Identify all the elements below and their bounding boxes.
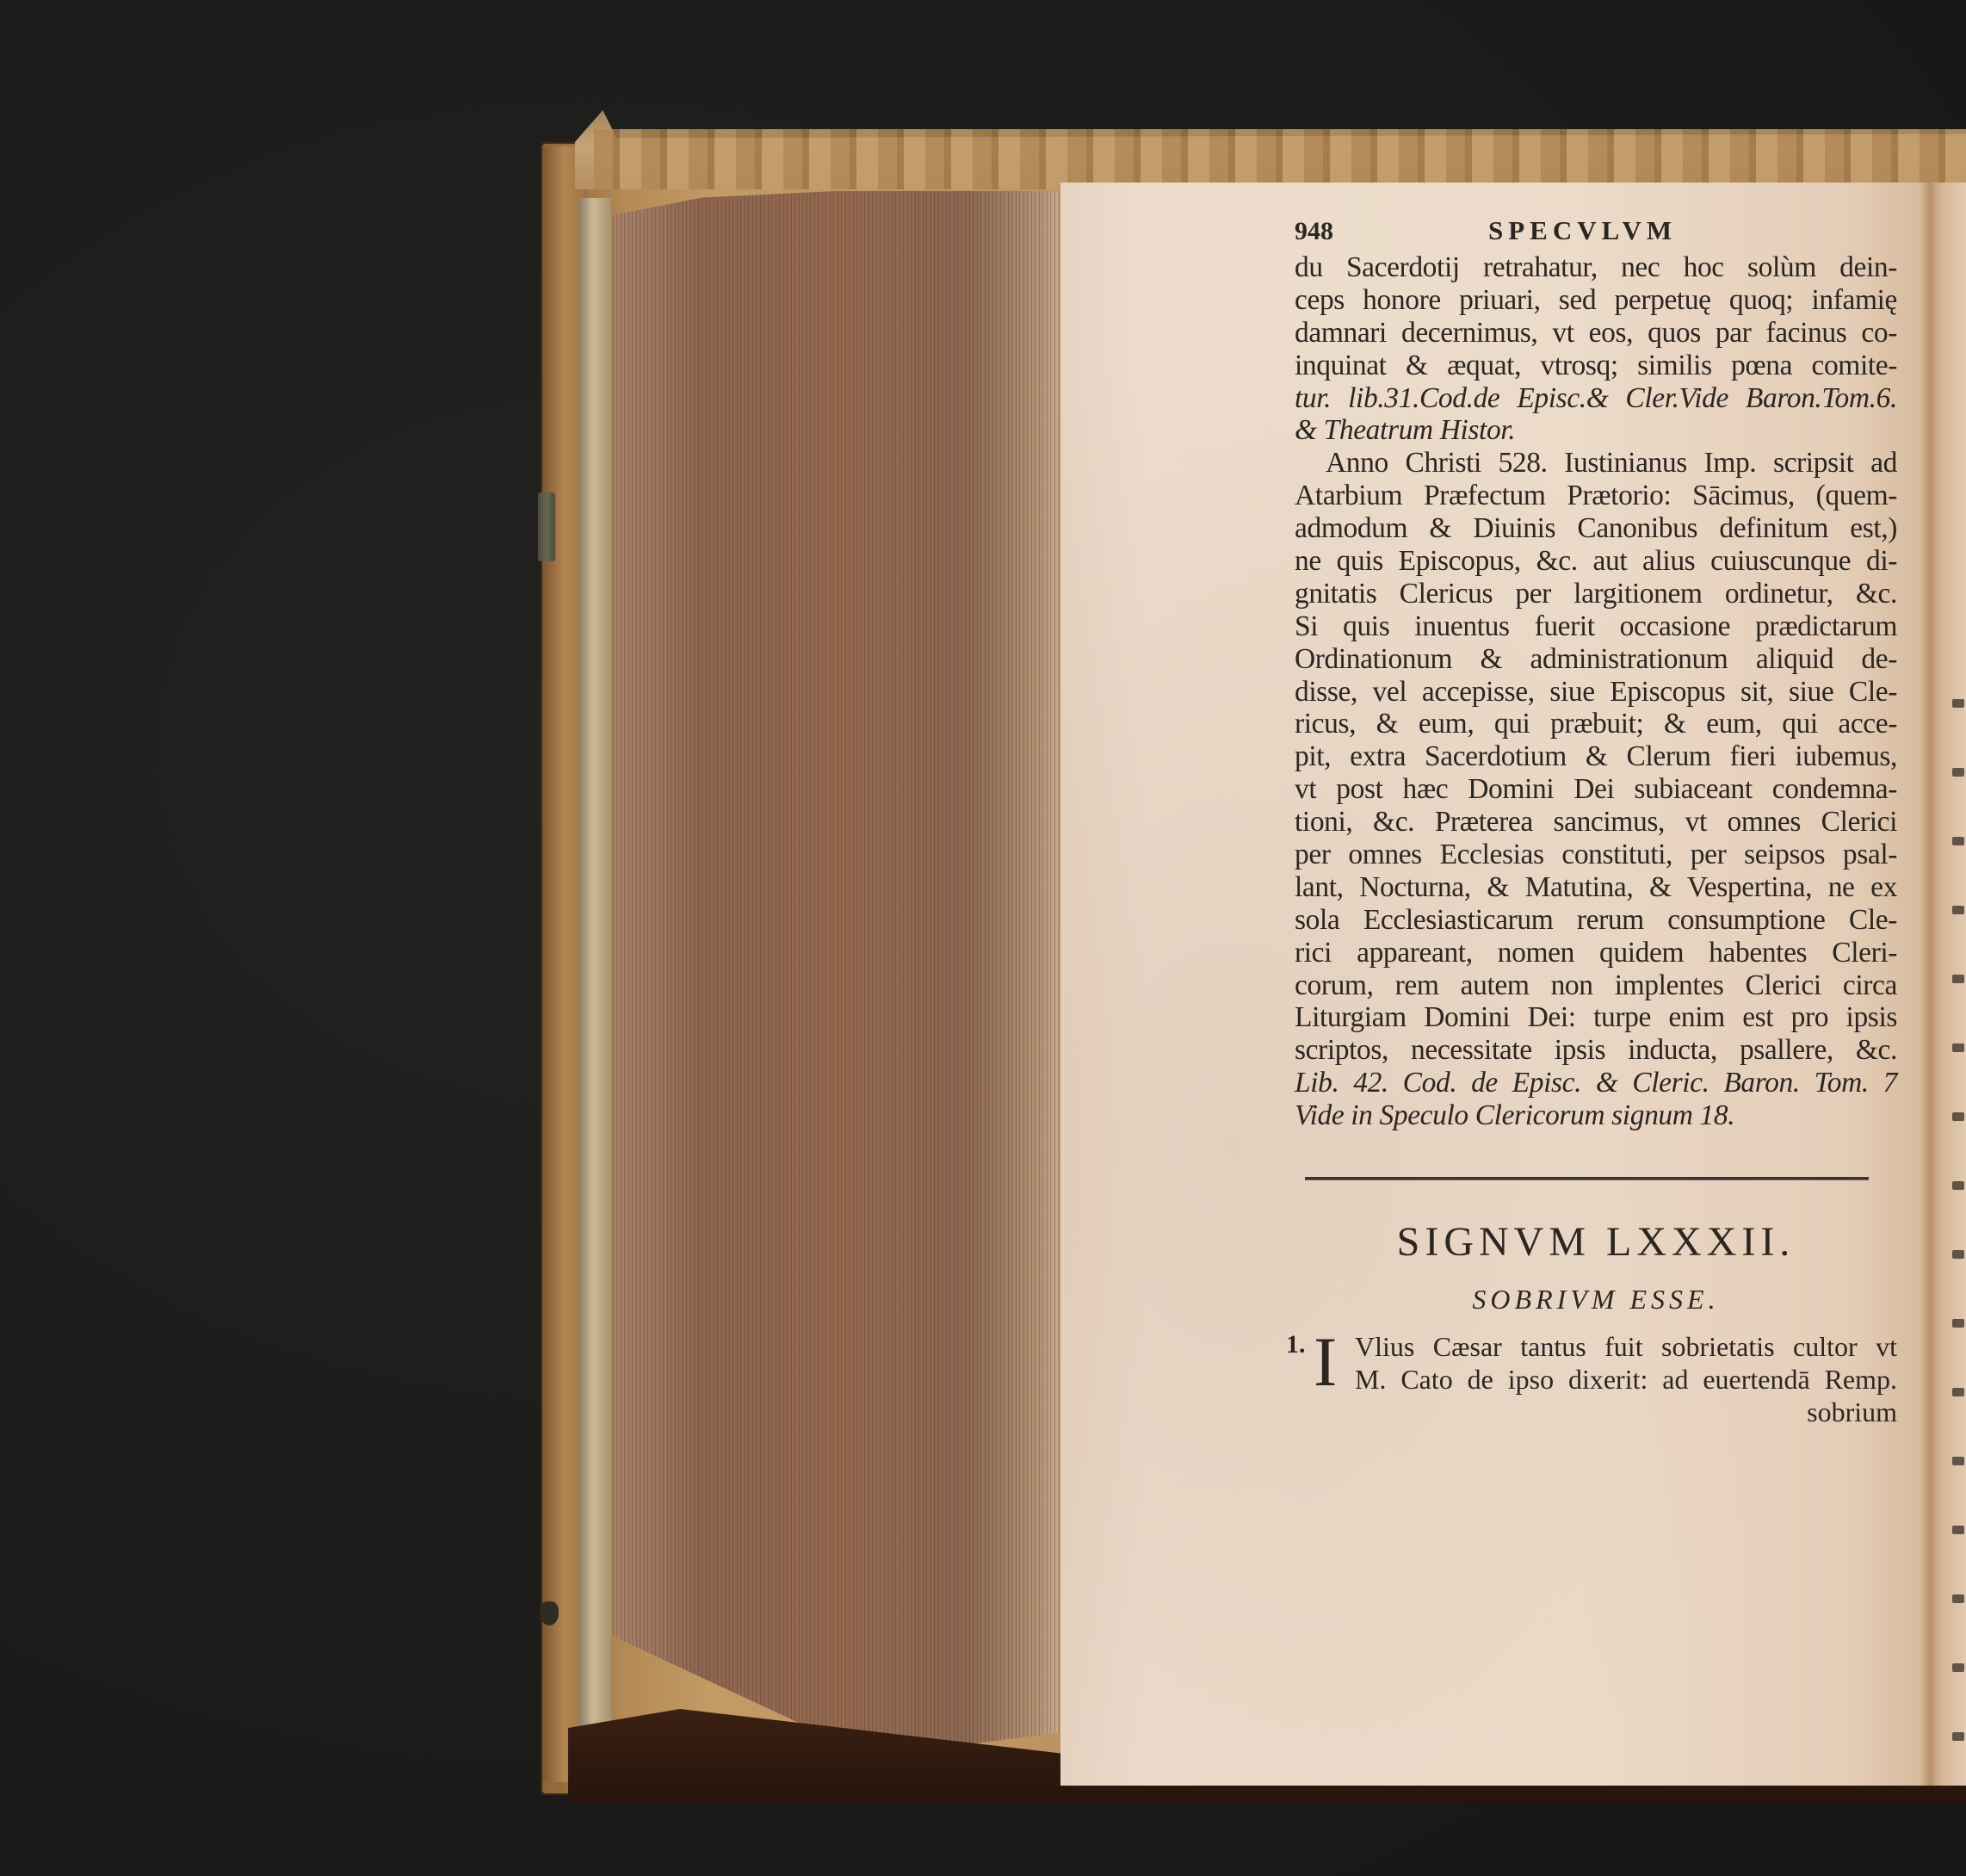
text-line: Anno Christi 528. Iustinianus Imp. scrip… xyxy=(1295,447,1897,480)
text-line: Vlius Cæsar tantus fuit sobrietatis cult… xyxy=(1295,1330,1897,1363)
page-fore-edge-block xyxy=(613,191,1059,1797)
page-gutter xyxy=(1920,183,1945,1786)
text-line-citation: Vide in Speculo Clericorum signum 18. xyxy=(1295,1099,1897,1132)
section-subtitle: SOBRIVM ESSE. xyxy=(1295,1284,1897,1320)
text-line: tioni, &c. Præterea sancimus, vt omnes C… xyxy=(1295,806,1897,839)
text-line: inquinat & æquat, vtrosq; similis pœna c… xyxy=(1295,350,1897,382)
text-line: lant, Nocturna, & Matutina, & Vespertina… xyxy=(1295,871,1897,904)
text-line: rici appareant, nomen quidem habentes Cl… xyxy=(1295,937,1897,969)
text-line: M. Cato de ipso dixerit: ad euertendā Re… xyxy=(1295,1363,1897,1396)
text-line: admodum & Diuinis Canonibus definitum es… xyxy=(1295,512,1897,545)
clasp-remnant-icon xyxy=(540,1601,559,1625)
page-number: 948 xyxy=(1295,217,1398,246)
catchword: sobrium xyxy=(1295,1396,1897,1428)
text-line-citation: Lib. 42. Cod. de Episc. & Cleric. Baron.… xyxy=(1295,1067,1897,1099)
text-line: ricus, & eum, qui præbuit; & eum, qui ac… xyxy=(1295,708,1897,740)
text-line: scriptos, necessitate ipsis inducta, psa… xyxy=(1295,1034,1897,1067)
section-divider-rule xyxy=(1305,1177,1869,1180)
text-line: pit, extra Sacerdotium & Clerum fieri iu… xyxy=(1295,740,1897,773)
text-line-citation: & Theatrum Histor. xyxy=(1295,414,1897,447)
text-line: gnitatis Clericus per largitionem ordine… xyxy=(1295,578,1897,610)
text-line: ne quis Episcopus, &c. aut alius cuiuscu… xyxy=(1295,545,1897,578)
text-line: Si quis inuentus fuerit occasione prædic… xyxy=(1295,610,1897,643)
text-line: Liturgiam Domini Dei: turpe enim est pro… xyxy=(1295,1001,1897,1034)
page-text: 948 SPECVLVM du Sacerdotij retrahatur, n… xyxy=(1295,215,1897,1428)
text-line: Ordinationum & administrationum aliquid … xyxy=(1295,643,1897,676)
text-line: sola Ecclesiasticarum rerum consumptione… xyxy=(1295,904,1897,937)
section-title: SIGNVM LXXXII. xyxy=(1295,1217,1897,1268)
cover-top-band xyxy=(594,129,1966,189)
next-page-sliver xyxy=(1944,183,1966,1786)
section-paragraph: 1. I Vlius Cæsar tantus fuit sobrietatis… xyxy=(1295,1330,1897,1428)
text-line-citation: tur. lib.31.Cod.de Episc.& Cler.Vide Bar… xyxy=(1295,382,1897,415)
text-line: vt post hæc Domini Dei subiaceant condem… xyxy=(1295,773,1897,806)
running-title: SPECVLVM xyxy=(1488,215,1677,246)
text-line: disse, vel accepisse, siue Episcopus sit… xyxy=(1295,676,1897,709)
text-line: damnari decernimus, vt eos, quos par fac… xyxy=(1295,317,1897,350)
clasp-icon xyxy=(538,492,555,561)
inner-board-edge xyxy=(578,198,611,1782)
text-line: per omnes Ecclesias constituti, per seip… xyxy=(1295,839,1897,871)
text-line: corum, rem autem non implentes Clerici c… xyxy=(1295,969,1897,1002)
running-head: 948 SPECVLVM xyxy=(1295,215,1897,251)
drop-cap: I xyxy=(1314,1327,1337,1397)
paragraph-number: 1. xyxy=(1286,1330,1306,1359)
text-line: du Sacerdotij retrahatur, nec hoc solùm … xyxy=(1295,251,1897,284)
text-line: Atarbium Præfectum Prætorio: Sācimus, (q… xyxy=(1295,480,1897,512)
text-line: ceps honore priuari, sed perpetuę quoq; … xyxy=(1295,284,1897,317)
